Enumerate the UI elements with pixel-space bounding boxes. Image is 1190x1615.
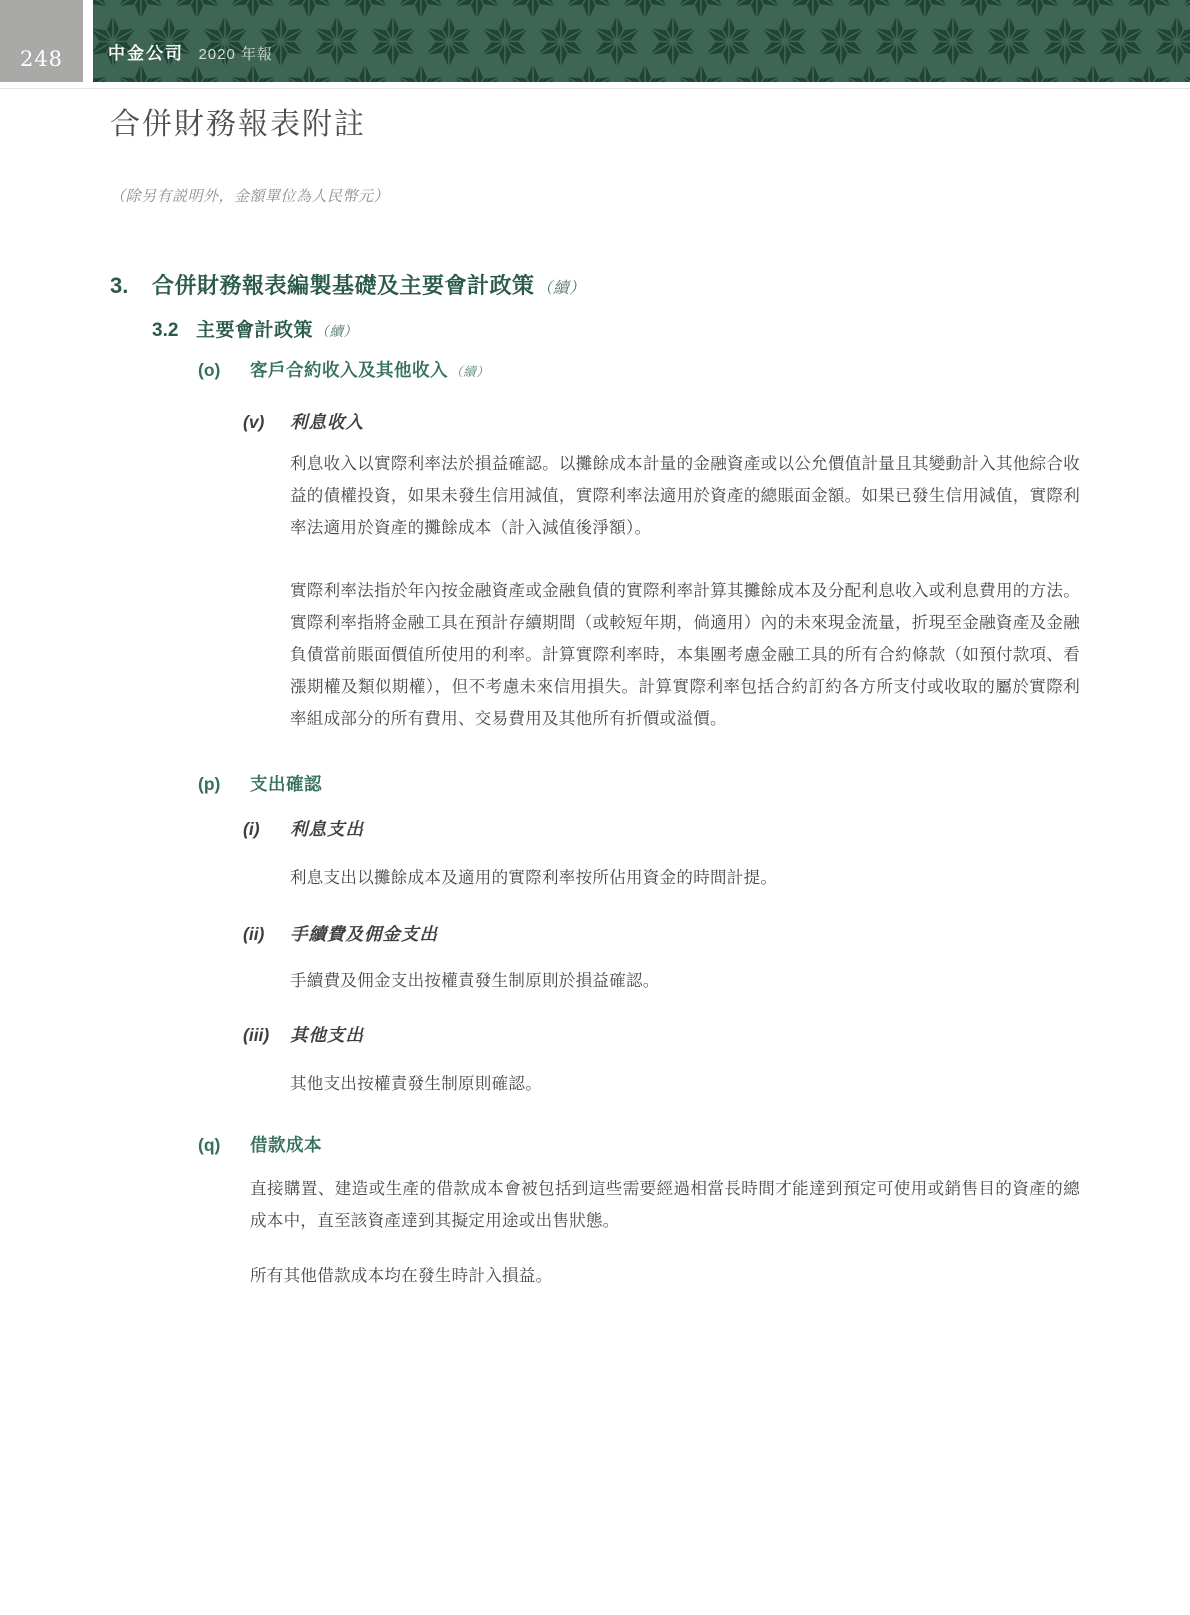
subsection-number: 3.2: [152, 318, 196, 345]
paragraph: 手續費及佣金支出按權責發生制原則於損益確認。: [290, 965, 1080, 997]
item-p-title: 支出確認: [250, 772, 322, 796]
section-number: 3.: [110, 272, 152, 303]
header-band: 中金公司 2020 年報: [93, 0, 1190, 82]
continued-mark: （續）: [450, 365, 489, 379]
continued-mark: （續）: [315, 324, 358, 339]
section-heading: 3. 合併財務報表編製基礎及主要會計政策（續）: [110, 272, 1080, 303]
header-divider: [0, 88, 1190, 89]
currency-note: （除另有説明外，金額單位為人民幣元）: [110, 185, 1080, 206]
paragraph: 所有其他借款成本均在發生時計入損益。: [250, 1260, 1080, 1292]
page-number: 248: [20, 47, 63, 71]
company-name: 中金公司: [108, 44, 184, 63]
item-i-heading: (i) 利息支出: [243, 817, 1080, 841]
item-v-label: (v): [243, 410, 290, 434]
item-ii-heading: (ii) 手續費及佣金支出: [243, 922, 1080, 946]
header-band-text: 中金公司 2020 年報: [108, 44, 273, 65]
item-o-title: 客戶合約收入及其他收入（續）: [250, 358, 489, 384]
page-number-box: 248: [0, 0, 83, 82]
paragraph: 直接購置、建造或生產的借款成本會被包括到這些需要經過相當長時間才能達到預定可使用…: [250, 1173, 1080, 1237]
item-o-label: (o): [198, 358, 250, 384]
page-header: 248: [0, 0, 1190, 82]
item-i-title: 利息支出: [290, 817, 364, 841]
paragraph: 其他支出按權責發生制原則確認。: [290, 1068, 1080, 1100]
item-o-heading: (o) 客戶合約收入及其他收入（續）: [198, 358, 1080, 384]
paragraph: 實際利率法指於年內按金融資產或金融負債的實際利率計算其攤餘成本及分配利息收入或利…: [290, 575, 1080, 735]
item-q-label: (q): [198, 1133, 250, 1157]
item-iii-label: (iii): [243, 1023, 290, 1047]
notes-content: 合併財務報表附註 （除另有説明外，金額單位為人民幣元） 3. 合併財務報表編製基…: [0, 106, 1190, 1292]
asanoha-pattern-icon: [93, 0, 1190, 82]
item-ii-label: (ii): [243, 922, 290, 946]
paragraph: 利息收入以實際利率法於損益確認。以攤餘成本計量的金融資產或以公允價值計量且其變動…: [290, 448, 1080, 544]
item-v-heading: (v) 利息收入: [243, 410, 1080, 434]
item-iii-title: 其他支出: [290, 1023, 364, 1047]
subsection-heading: 3.2 主要會計政策（續）: [152, 318, 1080, 345]
item-q-title: 借款成本: [250, 1133, 322, 1157]
report-year-label: 2020 年報: [198, 46, 273, 63]
paragraph: 利息支出以攤餘成本及適用的實際利率按所佔用資金的時間計提。: [290, 862, 1080, 894]
continued-mark: （續）: [537, 280, 586, 297]
section-title: 合併財務報表編製基礎及主要會計政策（續）: [152, 272, 586, 303]
item-p-heading: (p) 支出確認: [198, 772, 1080, 796]
item-v-title: 利息收入: [290, 410, 364, 434]
item-i-label: (i): [243, 817, 290, 841]
item-p-label: (p): [198, 772, 250, 796]
report-page: 248: [0, 0, 1190, 1615]
item-q-heading: (q) 借款成本: [198, 1133, 1080, 1157]
subsection-title: 主要會計政策（續）: [196, 318, 358, 345]
item-iii-heading: (iii) 其他支出: [243, 1023, 1080, 1047]
item-ii-title: 手續費及佣金支出: [290, 922, 438, 946]
page-title: 合併財務報表附註: [110, 106, 1080, 143]
